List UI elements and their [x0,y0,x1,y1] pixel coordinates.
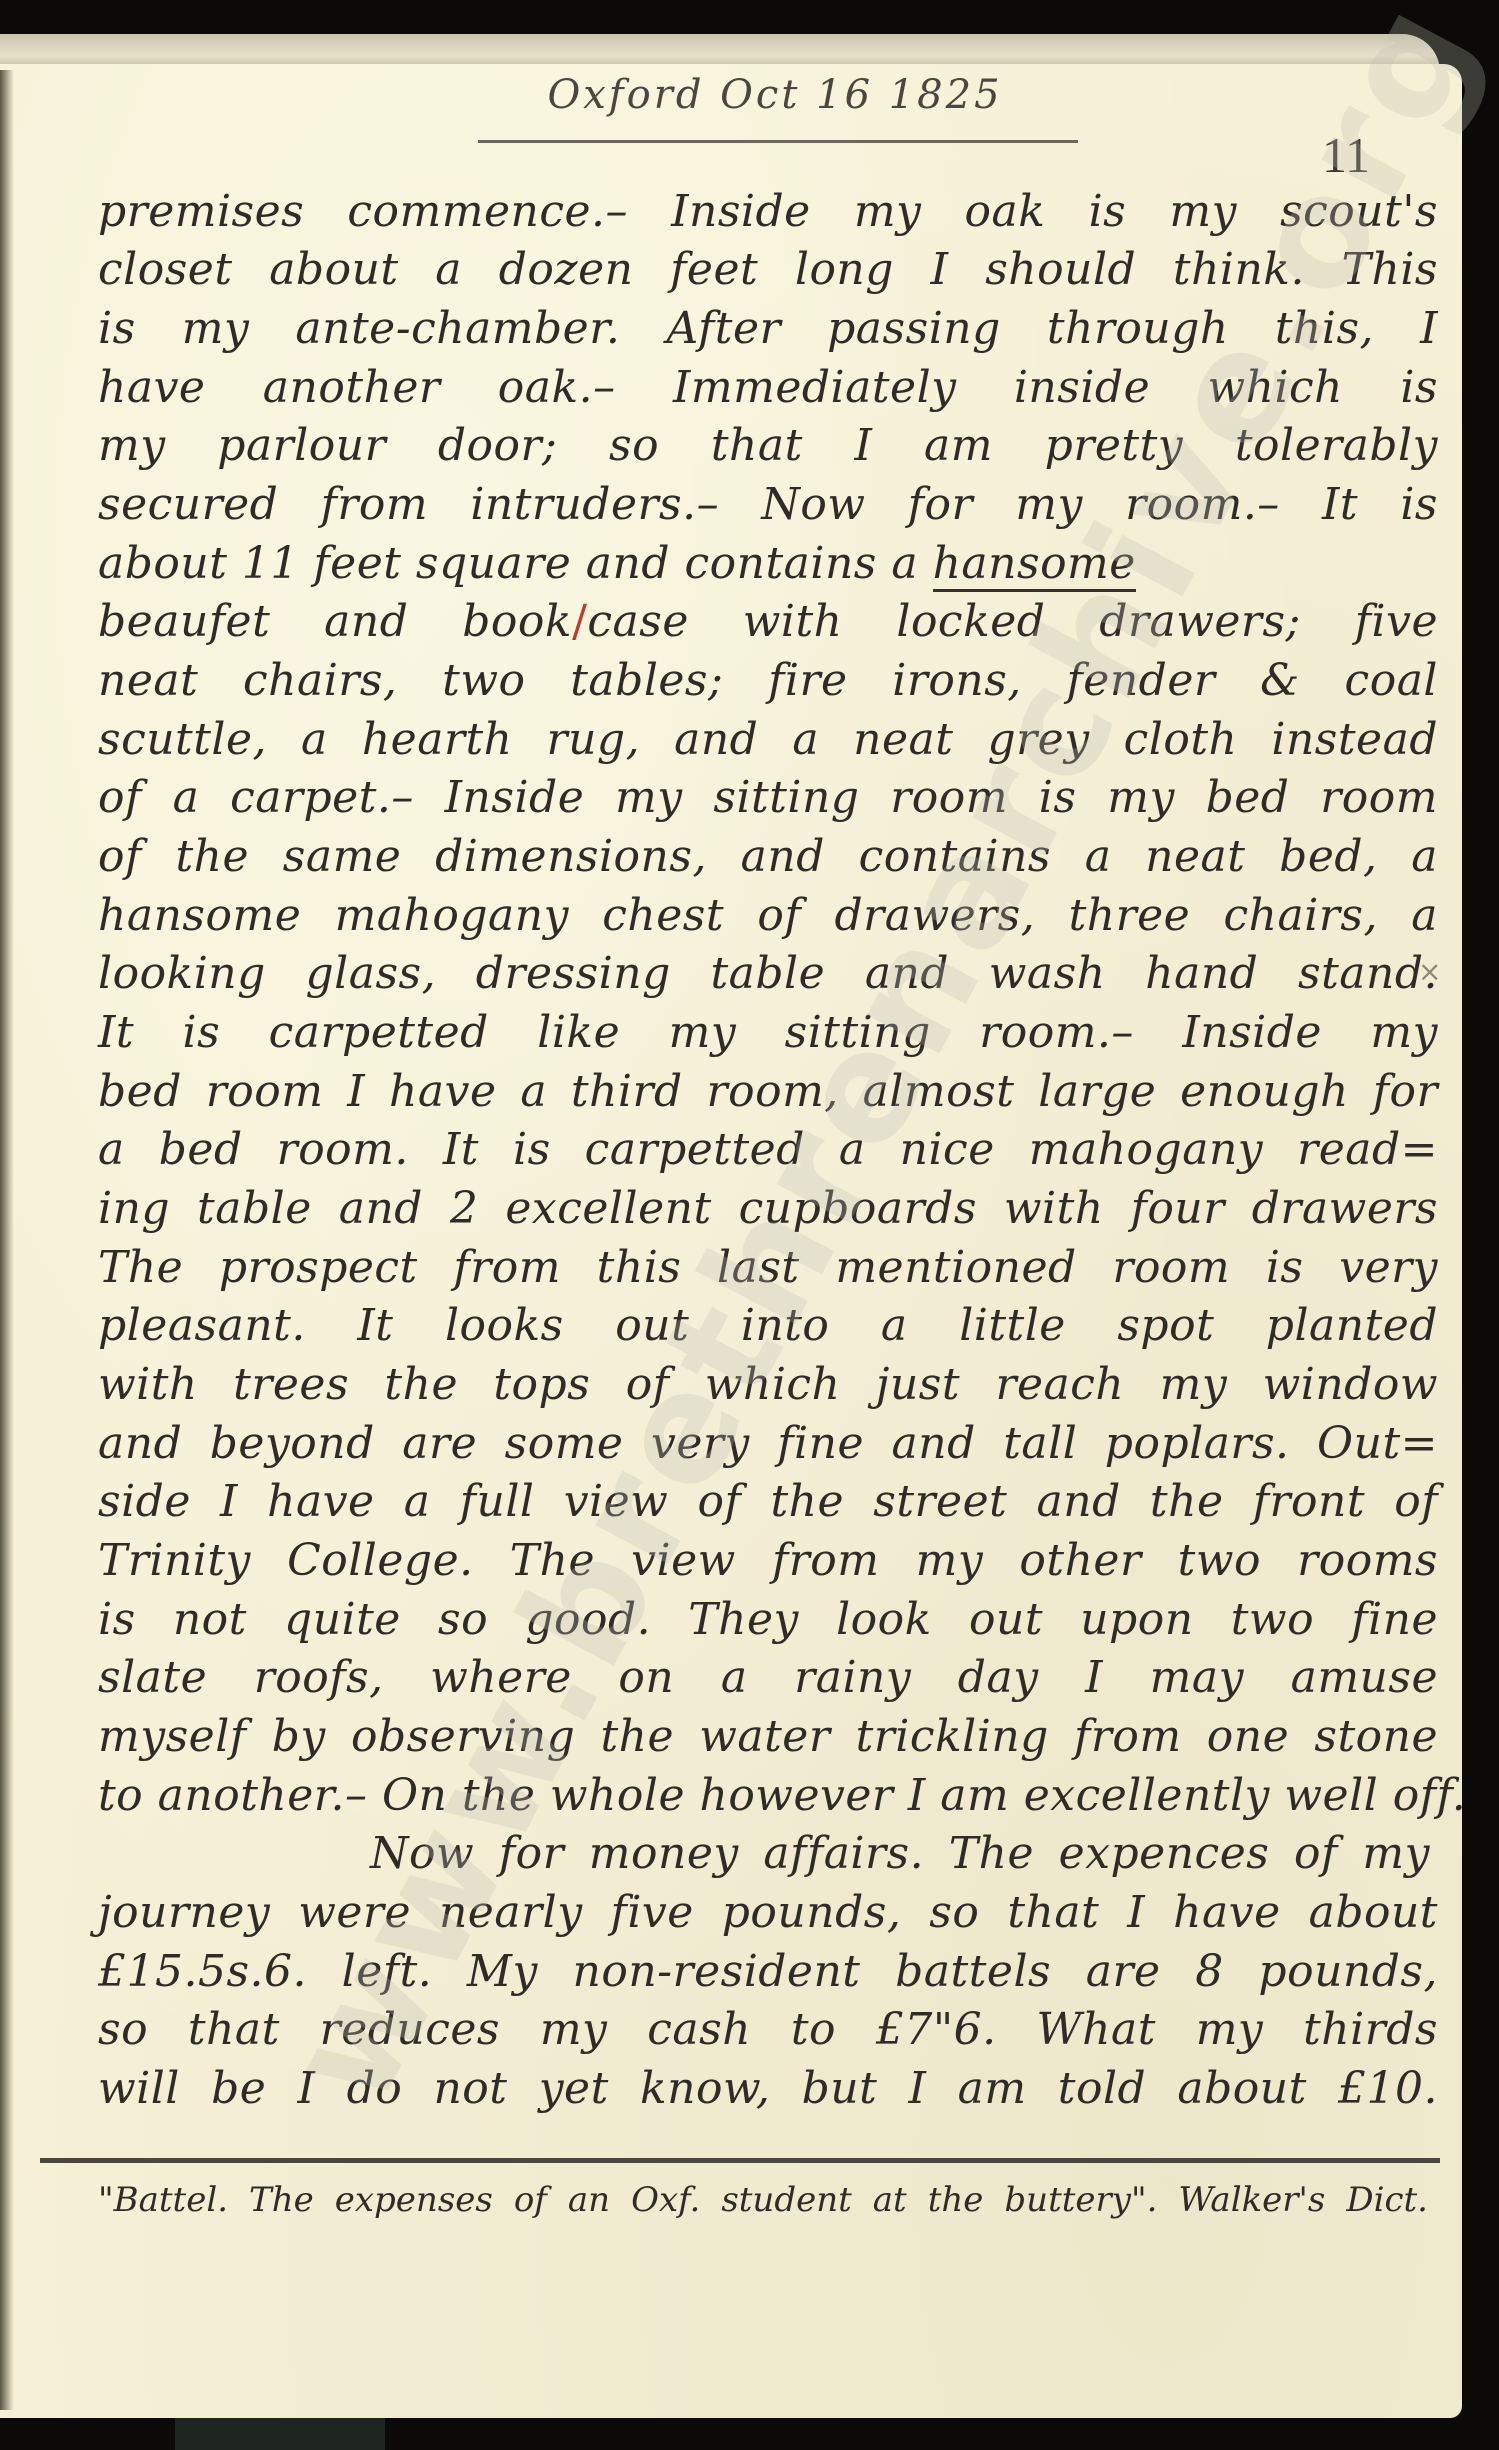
text-line: bed room I have a third room, almost lar… [98,1064,1438,1120]
text-line: It is carpetted like my sitting room.– I… [98,1005,1438,1061]
text-segment: beaufet and book [98,596,572,647]
page-number: 11 [1322,126,1370,184]
text-line: so that reduces my cash to £7"6. What my… [98,2002,1438,2058]
text-line-indented: Now for money affairs. The expences of m… [370,1826,1430,1882]
text-line: will be I do not yet know, but I am told… [98,2061,1438,2117]
text-line: a bed room. It is carpetted a nice mahog… [98,1122,1438,1178]
text-line: The prospect from this last mentioned ro… [98,1240,1438,1296]
text-line: and beyond are some very fine and tall p… [98,1416,1438,1472]
heading-rule [478,140,1078,143]
text-line: is my ante-chamber. After passing throug… [98,301,1438,357]
text-line: of a carpet.– Inside my sitting room is … [98,770,1438,826]
text-line: secured from intruders.– Now for my room… [98,477,1438,533]
text-line: journey were nearly five pounds, so that… [98,1885,1438,1941]
footnote-rule [40,2158,1440,2163]
text-line: with trees the tops of which just reach … [98,1357,1438,1413]
text-line: Trinity College. The view from my other … [98,1533,1438,1589]
text-line: beaufet and book/case with locked drawer… [98,594,1438,650]
text-line: have another oak.– Immediately inside wh… [98,360,1438,416]
text-line: pleasant. It looks out into a little spo… [98,1298,1438,1354]
text-line: premises commence.– Inside my oak is my … [98,184,1438,240]
text-line: to another.– On the whole however I am e… [98,1768,1438,1824]
text-line: scuttle, a hearth rug, and a neat grey c… [98,712,1438,768]
page-heading-place-date: Oxford Oct 16 1825 [470,72,1080,118]
binding-strip [175,2418,385,2450]
underlined-word: hansome [933,538,1136,592]
text-line: ing table and 2 excellent cupboards with… [98,1181,1438,1237]
text-line: slate roofs, where on a rainy day I may … [98,1650,1438,1706]
text-line: is not quite so good. They look out upon… [98,1592,1438,1648]
text-line: £15.5s.6. left. My non-resident battels … [98,1944,1438,2000]
spine-shadow [0,70,14,2410]
text-line: hansome mahogany chest of drawers, three… [98,888,1438,944]
text-segment: about 11 feet square and contains a [98,538,933,589]
footnote: "Battel. The expenses of an Oxf. student… [98,2180,1428,2220]
text-line: looking glass, dressing table and wash h… [98,946,1438,1002]
text-line: my parlour door; so that I am pretty tol… [98,418,1438,474]
text-line: about 11 feet square and contains a hans… [98,536,1278,592]
red-correction-mark: / [572,596,587,647]
text-line: myself by observing the water trickling … [98,1709,1438,1765]
text-line: closet about a dozen feet long I should … [98,242,1438,298]
margin-cross-mark: × [1418,955,1441,988]
text-line: of the same dimensions, and contains a n… [98,829,1438,885]
text-segment: case with locked drawers; five [587,596,1438,647]
text-line: side I have a full view of the street an… [98,1474,1438,1530]
text-line: neat chairs, two tables; fire irons, fen… [98,653,1438,709]
